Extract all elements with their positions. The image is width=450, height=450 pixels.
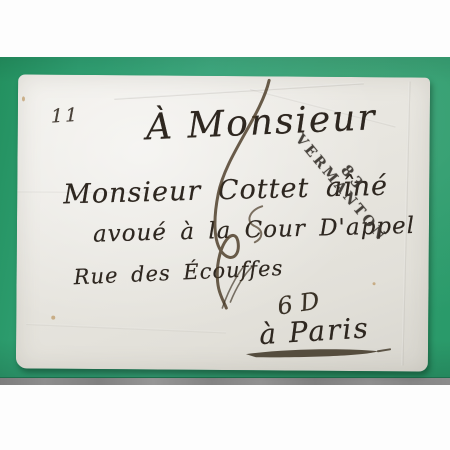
foxing-speck (51, 316, 55, 320)
paper-crease (26, 323, 226, 334)
foxing-speck (373, 282, 376, 285)
address-salutation: À Monsieur (145, 97, 377, 148)
postal-cover: 11 À Monsieur Monsieur Cottet aîné avoué… (16, 74, 430, 371)
scanner-edge-strip (0, 377, 450, 385)
address-city: à Paris (258, 311, 370, 351)
foxing-speck (22, 96, 25, 101)
address-street: Rue des Écouffes (73, 256, 284, 289)
paper-crease (114, 82, 364, 99)
scanned-photo: 11 À Monsieur Monsieur Cottet aîné avoué… (0, 0, 450, 450)
rate-mark: 11 (49, 104, 82, 128)
